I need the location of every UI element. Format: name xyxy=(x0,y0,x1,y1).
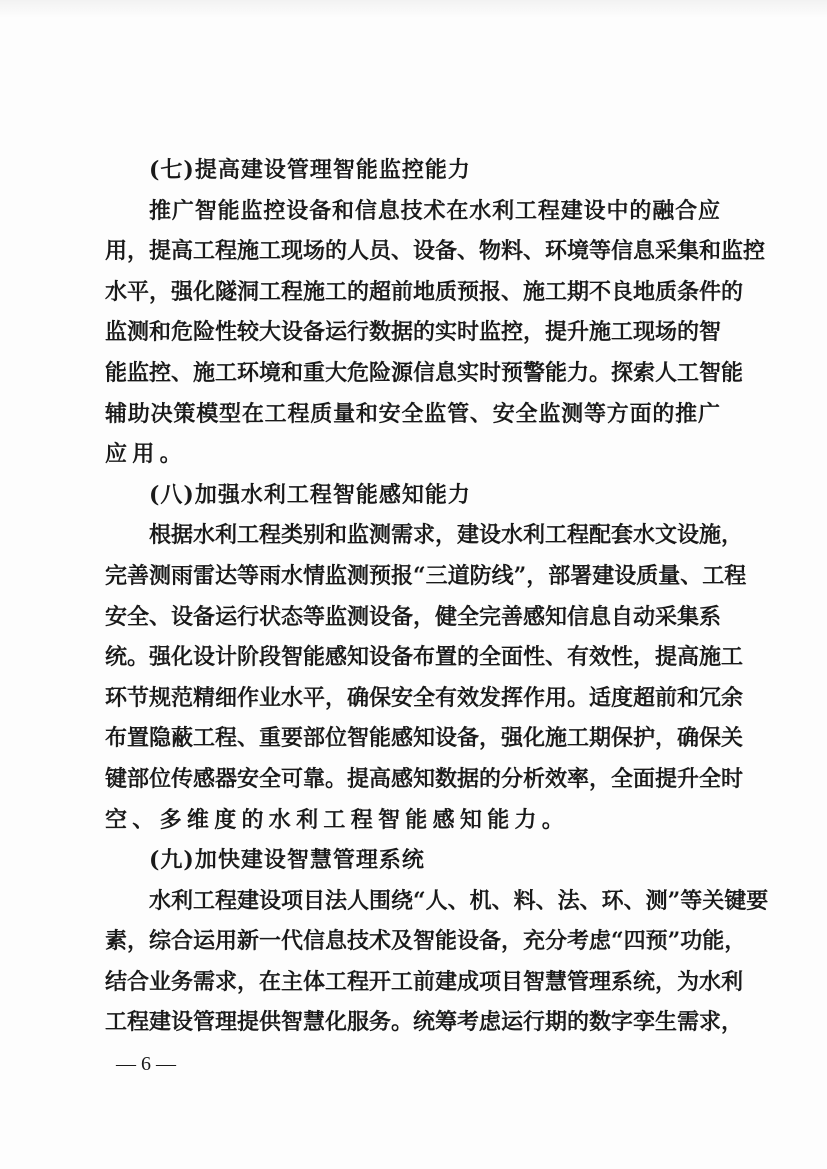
paragraph-line: 推广智能监控设备和信息技术在水利工程建设中的融合应 xyxy=(105,191,720,232)
paragraph-line: 结合业务需求，在主体工程开工前建成项目智慧管理系统，为水利 xyxy=(105,962,720,1003)
paragraph-line: 安全、设备运行状态等监测设备，健全完善感知信息自动采集系 xyxy=(105,597,720,638)
paragraph-line: 监测和危险性较大设备运行数据的实时监控，提升施工现场的智 xyxy=(105,312,720,353)
paragraph-line: 完善测雨雷达等雨水情监测预报“三道防线”，部署建设质量、工程 xyxy=(105,556,720,597)
paragraph-line: 素，综合运用新一代信息技术及智能设备，充分考虑“四预”功能， xyxy=(105,921,720,962)
scan-edge-shadow xyxy=(0,0,827,18)
document-body: (七)提高建设管理智能监控能力 推广智能监控设备和信息技术在水利工程建设中的融合… xyxy=(105,150,720,1043)
section-heading-9: (九)加快建设智慧管理系统 xyxy=(105,840,720,881)
paragraph-line: 空、多维度的水利工程智能感知能力。 xyxy=(105,800,720,841)
paragraph-line: 统。强化设计阶段智能感知设备布置的全面性、有效性，提高施工 xyxy=(105,637,720,678)
section-heading-8: (八)加强水利工程智能感知能力 xyxy=(105,475,720,516)
paragraph-line: 布置隐蔽工程、重要部位智能感知设备，强化施工期保护，确保关 xyxy=(105,718,720,759)
paragraph-line: 用，提高工程施工现场的人员、设备、物料、环境等信息采集和监控 xyxy=(105,231,720,272)
paragraph-line: 工程建设管理提供智慧化服务。统筹考虑运行期的数字孪生需求， xyxy=(105,1002,720,1043)
paragraph-line: 水利工程建设项目法人围绕“人、机、料、法、环、测”等关键要 xyxy=(105,881,720,922)
section-heading-7: (七)提高建设管理智能监控能力 xyxy=(105,150,720,191)
paragraph-line: 能监控、施工环境和重大危险源信息实时预警能力。探索人工智能 xyxy=(105,353,720,394)
paragraph-line: 水平，强化隧洞工程施工的超前地质预报、施工期不良地质条件的 xyxy=(105,272,720,313)
page-number: — 6 — xyxy=(116,1053,176,1076)
paragraph-line: 应用。 xyxy=(105,434,720,475)
paragraph-line: 环节规范精细作业水平，确保安全有效发挥作用。适度超前和冗余 xyxy=(105,678,720,719)
paragraph-line: 根据水利工程类别和监测需求，建设水利工程配套水文设施， xyxy=(105,515,720,556)
paragraph-line: 键部位传感器安全可靠。提高感知数据的分析效率，全面提升全时 xyxy=(105,759,720,800)
paragraph-line: 辅助决策模型在工程质量和安全监管、安全监测等方面的推广 xyxy=(105,394,720,435)
